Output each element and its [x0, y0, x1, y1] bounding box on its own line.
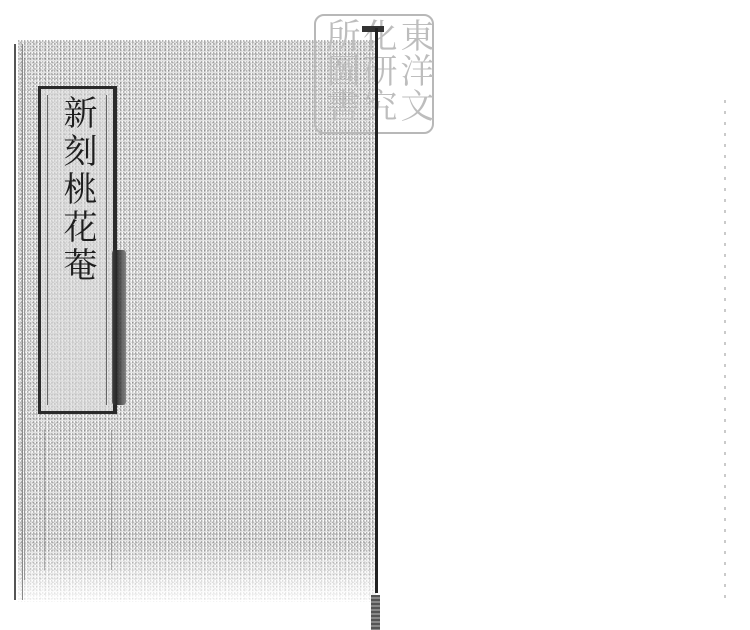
right-page-edge — [724, 100, 726, 600]
spine-top-mark — [362, 26, 384, 32]
title-slip-shadow — [112, 250, 126, 405]
book-title: 新刻桃花菴 — [55, 95, 99, 285]
spine-bottom-mark — [371, 595, 380, 630]
book-spread: 新刻桃花菴 東洋文化研究所圖書 — [0, 0, 750, 630]
cover-binding-line — [24, 60, 25, 580]
right-blank-page — [380, 20, 750, 620]
spine-fold-line — [375, 28, 378, 593]
cover-left-edge — [14, 44, 23, 600]
faded-label-ghost — [44, 430, 112, 570]
library-seal: 東洋文化研究所圖書 — [314, 14, 434, 134]
title-slip: 新刻桃花菴 — [38, 86, 117, 414]
